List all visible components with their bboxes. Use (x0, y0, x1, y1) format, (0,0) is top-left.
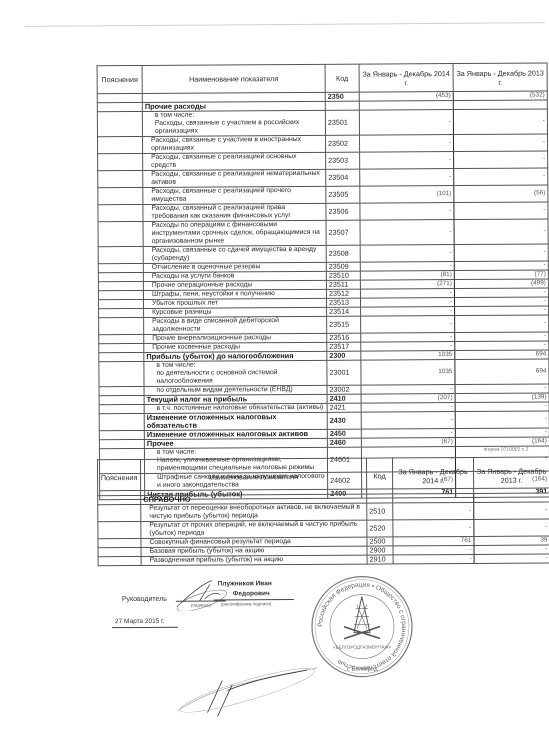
notes-cell (98, 263, 143, 272)
notes-cell (99, 352, 144, 361)
indicator-name: Расходы, связанный с реализацией права т… (143, 203, 326, 221)
code-cell: 23510 (326, 271, 360, 280)
notes-cell (97, 111, 142, 136)
value-2014: - (361, 412, 455, 430)
code-cell: 23002 (327, 385, 361, 394)
notes-cell (99, 439, 144, 448)
code-cell: 23504 (326, 169, 360, 186)
value-2013: - (474, 502, 549, 519)
header-period-2013: За Январь - Декабрь 2013 г. (453, 63, 547, 92)
name-caption: (расшифровка подписи) (221, 601, 272, 606)
header-period-2014: За Январь - Декабрь 2014 г. (392, 457, 473, 493)
indicator-name: Расходы, связанные со сдачей имущества в… (143, 245, 326, 263)
value-2014 (393, 493, 474, 502)
header-name: Наименование показателя (142, 64, 325, 93)
notes-cell (98, 204, 143, 221)
code-cell: 23503 (326, 152, 360, 169)
code-cell: 2510 (367, 503, 393, 520)
value-2013: - (474, 554, 549, 563)
notes-cell (98, 495, 141, 504)
value-2014: (453) (359, 92, 453, 102)
code-cell: 2350 (325, 92, 359, 101)
value-2014: - (360, 245, 454, 263)
value-2013: - (455, 315, 549, 333)
value-2014: - (359, 110, 453, 136)
value-2014: - (360, 169, 454, 187)
value-2013: - (454, 202, 548, 220)
indicator-name: в т.ч. постоянные налоговые обязательств… (144, 403, 327, 413)
value-2014: (81) (360, 271, 454, 281)
value-2013: - (454, 244, 548, 262)
indicator-name: в том числе: Расходы, связанные с участи… (142, 110, 325, 136)
notes-cell (99, 334, 144, 343)
code-cell: 2460 (327, 438, 361, 447)
notes-cell (98, 187, 143, 204)
reference-body: СПРАВОЧНОРезультат от переоценки внеобор… (98, 493, 549, 566)
code-cell: 23509 (326, 262, 360, 271)
income-statement-table: Пояснения Наименование показателя Код За… (97, 62, 549, 500)
code-cell: 2450 (327, 429, 361, 438)
value-2014: (207) (361, 394, 455, 404)
code-cell (367, 494, 393, 503)
value-2014: - (359, 135, 453, 153)
code-cell: 23001 (327, 360, 361, 385)
value-2014: - (393, 545, 474, 554)
code-cell: 23506 (326, 203, 360, 220)
indicator-name: Разводненная прибыль (убыток) на акцию (141, 555, 367, 565)
header-notes: Пояснения (97, 65, 142, 93)
notes-cell (98, 272, 143, 281)
indicator-name: Результат от переоценки внеоборотных акт… (141, 503, 367, 521)
signature-caption: (подпись) (191, 603, 211, 608)
indicator-name: Изменение отложенных налоговых активов (144, 429, 327, 439)
code-cell: 23517 (327, 342, 361, 351)
header-code: Код (325, 64, 359, 92)
value-2013: - (454, 151, 548, 169)
value-2014: - (393, 554, 474, 563)
value-2013: (499) (454, 279, 548, 289)
document-page: Пояснения Наименование показателя Код За… (0, 0, 549, 748)
header-notes: Пояснения (97, 459, 140, 495)
signer-name-line2: Федорович (233, 590, 270, 597)
value-2013: - (454, 168, 548, 186)
notes-cell (98, 556, 141, 565)
notes-cell (99, 413, 144, 430)
second-signature-icon (167, 650, 337, 721)
notes-cell (97, 93, 142, 102)
signature-date: 27 Марта 2015 г. (115, 618, 165, 625)
value-2013: - (474, 545, 549, 554)
value-2013: (532) (453, 91, 547, 101)
value-2014: (101) (360, 186, 454, 204)
indicator-name: Расходы, связанные с реализацией основны… (143, 152, 326, 170)
notes-cell (97, 136, 142, 153)
code-cell: 2520 (367, 520, 393, 537)
code-cell: 23505 (326, 186, 360, 203)
header-code: Код (366, 458, 392, 494)
stamp-city-text: г. Белгород (347, 667, 378, 673)
notes-cell (98, 547, 141, 556)
notes-cell (98, 281, 143, 290)
indicator-name: Расходы в виде списанной дебиторской зад… (144, 316, 327, 334)
value-2013: (164) (455, 437, 549, 447)
notes-cell (98, 290, 143, 299)
stamp-inner-text: «БЕЛГОРОДГАЗМОНТАЖ» (333, 644, 392, 649)
notes-cell (99, 308, 144, 317)
code-cell: 2300 (327, 351, 361, 360)
notes-cell (99, 386, 144, 395)
notes-cell (97, 102, 142, 111)
code-cell (325, 101, 359, 110)
notes-cell (98, 521, 141, 538)
notes-cell (99, 343, 144, 352)
indicator-name: Расходы, связанные с реализацией нематер… (143, 169, 326, 187)
code-cell: 2910 (367, 555, 393, 564)
table-header-row: Пояснения Наименование показателя Код За… (97, 457, 549, 496)
code-cell: 23511 (326, 280, 360, 289)
table-row: в том числе: по деятельности с основной … (99, 359, 549, 387)
value-2013: - (453, 134, 547, 152)
value-2013: - (474, 519, 549, 536)
indicator-name: Расходы по операциям с финансовыми инстр… (143, 220, 326, 246)
notes-cell (98, 538, 141, 547)
value-2013: - (453, 109, 547, 135)
code-cell: 23508 (326, 245, 360, 262)
value-2014: (271) (360, 280, 454, 290)
value-2014: - (360, 203, 454, 221)
value-2013: 694 (455, 359, 549, 385)
notes-cell (99, 361, 144, 386)
code-cell: 23501 (325, 110, 359, 135)
value-2014: - (360, 152, 454, 170)
form-label: Форма 0710002 с.2 (484, 447, 529, 453)
value-2014: - (361, 316, 455, 334)
header-name: Наименование показателя (140, 458, 366, 495)
header-period-2014: За Январь - Декабрь 2014 г. (359, 64, 453, 93)
value-2013: - (455, 411, 549, 429)
value-2013: (56) (454, 185, 548, 203)
value-2013: 694 (455, 350, 549, 360)
code-cell: 23516 (327, 333, 361, 342)
code-cell: 2900 (367, 546, 393, 555)
value-2013: 39 (474, 536, 549, 545)
indicator-name: Расходы, связанные с реализацией прочего… (143, 186, 326, 204)
notes-cell (98, 299, 143, 308)
notes-cell (99, 404, 144, 413)
notes-cell (98, 246, 143, 263)
code-cell: 23512 (326, 289, 360, 298)
header-period-2013: За Январь - Декабрь 2013 г. (473, 457, 549, 493)
signer-name-line1: Плужников Иван (218, 580, 272, 587)
table-row: Расходы по операциям с финансовыми инстр… (98, 219, 548, 247)
code-cell: 23507 (326, 220, 360, 245)
notes-cell (99, 317, 144, 334)
table-row: в том числе: Расходы, связанные с участи… (97, 109, 547, 137)
code-cell: 2421 (327, 403, 361, 412)
value-2013: - (454, 219, 548, 245)
value-2013: (139) (455, 393, 549, 403)
value-2014: - (360, 220, 454, 246)
indicator-name: в том числе: по деятельности с основной … (144, 360, 327, 386)
indicator-name: Расходы, связанные с участием в иностран… (142, 135, 325, 153)
notes-cell (98, 170, 143, 187)
reference-table: Пояснения Наименование показателя Код За… (97, 456, 549, 566)
code-cell: 23514 (327, 307, 361, 316)
value-2014: 761 (393, 536, 474, 545)
code-cell: 23515 (327, 316, 361, 333)
notes-cell (99, 430, 144, 439)
value-2013: (77) (454, 270, 548, 280)
notes-cell (98, 221, 143, 246)
value-2014: - (393, 519, 474, 536)
code-cell: 2410 (327, 394, 361, 403)
indicator-name: Изменение отложенных налоговых обязатель… (144, 412, 327, 430)
code-cell: 2500 (367, 537, 393, 546)
value-2014: (67) (361, 438, 455, 448)
code-cell: 23502 (325, 135, 359, 152)
notes-cell (98, 153, 143, 170)
code-cell: 23513 (326, 298, 360, 307)
date-line (112, 627, 178, 628)
income-statement-body: 2350(453)(532)Прочие расходыв том числе:… (97, 91, 549, 500)
value-2014: 1035 (361, 360, 455, 386)
signer-role: Руководитель (122, 596, 167, 603)
value-2014: - (393, 502, 474, 519)
table-header-row: Пояснения Наименование показателя Код За… (97, 63, 547, 94)
code-cell: 2430 (327, 412, 361, 429)
value-2013 (474, 493, 549, 502)
indicator-name: Результат от прочих операций, не включае… (141, 520, 367, 538)
notes-cell (98, 504, 141, 521)
value-2014: 1035 (361, 351, 455, 361)
notes-cell (99, 395, 144, 404)
